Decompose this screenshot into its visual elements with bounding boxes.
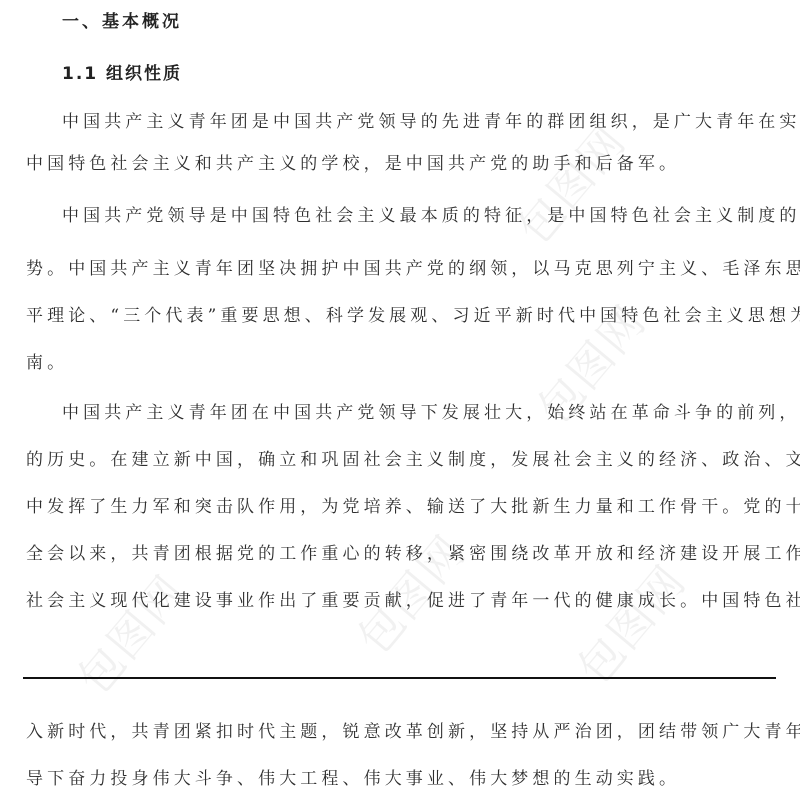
paragraph-line: 中国共产主义青年团在中国共产党领导下发展壮大，始终站在革命斗争的前列，有着光荣 <box>62 403 800 423</box>
section-heading: 一、基本概况 <box>62 12 182 32</box>
paragraph-line: 入新时代，共青团紧扣时代主题，锐意改革创新，坚持从严治团，团结带领广大青年在党的… <box>26 722 800 742</box>
subsection-heading: 1.1 组织性质 <box>62 64 182 84</box>
paragraph-line: 的历史。在建立新中国，确立和巩固社会主义制度，发展社会主义的经济、政治、文化的进… <box>26 450 800 470</box>
paragraph-line: 中国特色社会主义和共产主义的学校，是中国共产党的助手和后备军。 <box>26 154 680 174</box>
paragraph-line: 势。中国共产主义青年团坚决拥护中国共产党的纲领，以马克思列宁主义、毛泽东思想、邓… <box>26 259 800 279</box>
paragraph-line: 中发挥了生力军和突击队作用，为党培养、输送了大批新生力量和工作骨干。党的十一届三… <box>26 497 800 517</box>
paragraph-line: 社会主义现代化建设事业作出了重要贡献，促进了青年一代的健康成长。中国特色社会主义… <box>26 591 800 611</box>
watermark: 包图网 <box>60 559 198 706</box>
paragraph-line: 全会以来，共青团根据党的工作重心的转移，紧密围绕改革开放和经济建设开展工作，为推… <box>26 544 800 564</box>
paragraph-line: 导下奋力投身伟大斗争、伟大工程、伟大事业、伟大梦想的生动实践。 <box>26 769 680 789</box>
watermark: 包图网 <box>560 549 698 696</box>
paragraph-line: 南。 <box>26 353 68 373</box>
paragraph-line: 中国共产党领导是中国特色社会主义最本质的特征，是中国特色社会主义制度的最大优 <box>62 206 800 226</box>
page-divider <box>23 677 776 679</box>
paragraph-line: 中国共产主义青年团是中国共产党领导的先进青年的群团组织，是广大青年在实践中学习 <box>62 112 800 132</box>
document-page: 包图网 包图网 包图网 包图网 包图网 一、基本概况 1.1 组织性质 中国共产… <box>0 0 800 800</box>
paragraph-line: 平理论、“三个代表”重要思想、科学发展观、习近平新时代中国特色社会主义思想为行动… <box>26 306 800 326</box>
